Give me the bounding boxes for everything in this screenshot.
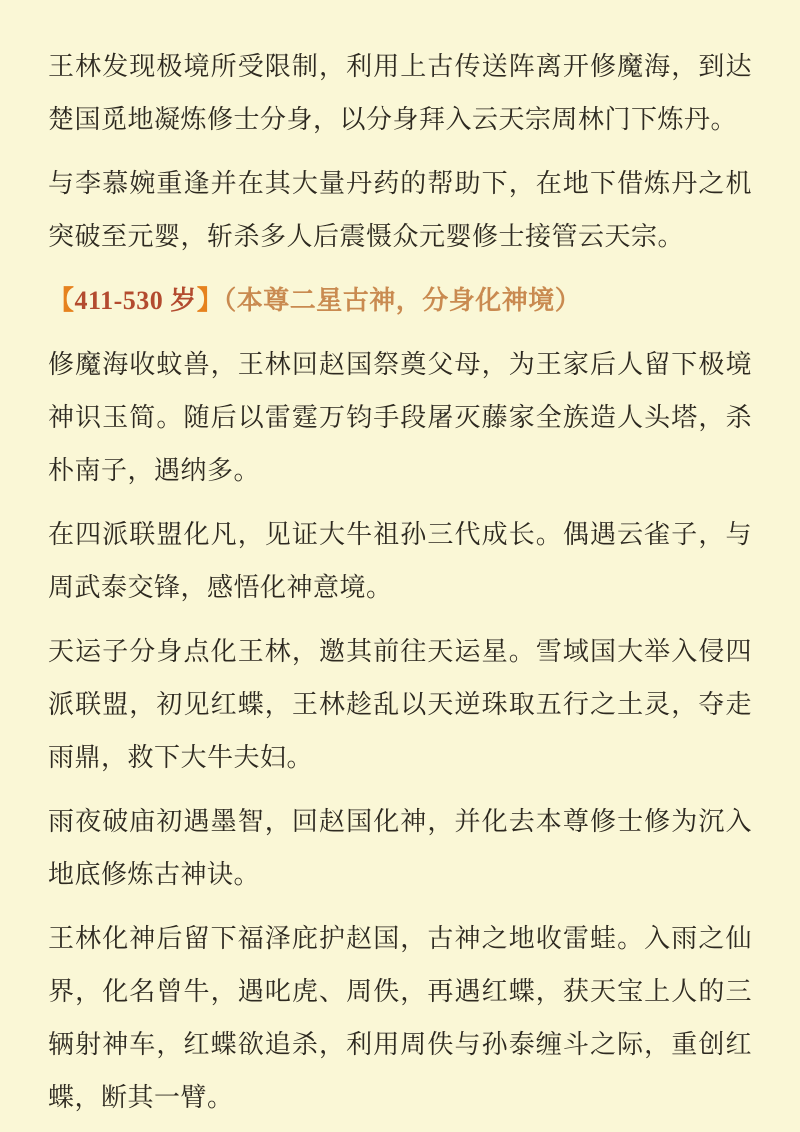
document: 王林发现极境所受限制，利用上古传送阵离开修魔海，到达楚国觅地凝炼修士分身，以分身… xyxy=(0,0,800,1132)
paragraph-7: 王林化神后留下福泽庇护赵国，古神之地收雷蛙。入雨之仙界，化名曾牛，遇叱虎、周佚，… xyxy=(48,912,752,1124)
paragraph-2: 与李慕婉重逢并在其大量丹药的帮助下，在地下借炼丹之机突破至元婴，斩杀多人后震慑众… xyxy=(48,157,752,263)
paragraph-1: 王林发现极境所受限制，利用上古传送阵离开修魔海，到达楚国觅地凝炼修士分身，以分身… xyxy=(48,40,752,146)
heading-close-bracket: 】 xyxy=(197,286,224,315)
paragraph-4: 在四派联盟化凡，见证大牛祖孙三代成长。偶遇云雀子，与周武泰交锋，感悟化神意境。 xyxy=(48,508,752,614)
age-heading: 【411-530 岁】（本尊二星古神，分身化神境） xyxy=(48,274,752,327)
heading-subtitle: （本尊二星古神，分身化神境） xyxy=(223,286,581,315)
heading-age-range: 411-530 岁 xyxy=(75,286,197,315)
page: { "colors": { "bg": "#FAF7D6", "ink": "#… xyxy=(0,0,800,1132)
paragraph-6: 雨夜破庙初遇墨智，回赵国化神，并化去本尊修士修为沉入地底修炼古神诀。 xyxy=(48,795,752,901)
paragraph-5: 天运子分身点化王林，邀其前往天运星。雪域国大举入侵四派联盟，初见红蝶，王林趁乱以… xyxy=(48,625,752,784)
paragraph-3: 修魔海收蚊兽，王林回赵国祭奠父母，为王家后人留下极境神识玉简。随后以雷霆万钧手段… xyxy=(48,338,752,497)
heading-open-bracket: 【 xyxy=(48,286,75,315)
